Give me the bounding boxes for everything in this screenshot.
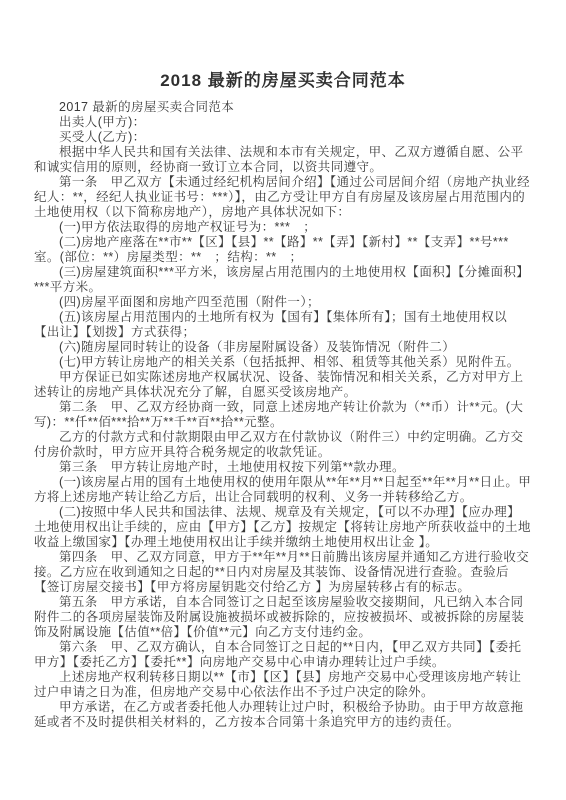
- warranty-paragraph: 甲方保证已如实陈述房地产权属状况、设备、装饰情况和相关关系，乙方对甲方上述转让的…: [34, 370, 532, 400]
- document-title: 2018 最新的房屋买卖合同范本: [34, 66, 532, 91]
- article-5-paragraph: 第五条 甲方承诺，自本合同签订之日起至该房屋验收交接期间，凡已纳入本合同附件二的…: [34, 595, 532, 640]
- transfer-date-paragraph: 上述房地产权利转移日期以**【市】【区】【县】房地产交易中心受理该房地产转让过户…: [34, 670, 532, 700]
- article-1-item-5: (五)该房屋占用范围内的土地所有权为【国有】【集体所有】；国有土地使用权以【出让…: [34, 310, 532, 340]
- article-6-paragraph: 第六条 甲、乙双方确认，自本合同签订之日起的**日内，【甲乙双方共同】【委托甲方…: [34, 640, 532, 670]
- preamble-paragraph: 根据中华人民共和国有关法律、法规和本市有关规定，甲、乙双方遵循自愿、公平和诚实信…: [34, 145, 532, 175]
- buyer-line: 买受人(乙方)：: [34, 130, 532, 145]
- document-subtitle: 2017 最新的房屋买卖合同范本: [34, 100, 532, 115]
- article-1-item-4: (四)房屋平面图和房地产四至范围（附件一）；: [34, 295, 532, 310]
- article-1-item-6: (六)随房屋同时转让的设备（非房屋附属设备）及装饰情况（附件二）: [34, 340, 532, 355]
- assistance-paragraph: 甲方承诺，在乙方或者委托他人办理转让过户时，积极给予协助。由于甲方故意拖延或者不…: [34, 700, 532, 730]
- article-1-item-2: (二)房地产座落在**市**【区】【县】**【路】**【弄】【新村】**【支弄】…: [34, 235, 532, 265]
- article-1-item-1: (一)甲方依法取得的房地产权证号为：*** ；: [34, 220, 532, 235]
- seller-line: 出卖人(甲方)：: [34, 115, 532, 130]
- article-3-paragraph: 第三条 甲方转让房地产时，土地使用权按下列第**款办理。: [34, 460, 532, 475]
- article-1-item-7: (七)甲方转让房地产的相关关系（包括抵押、相邻、租赁等其他关系）见附件五。: [34, 355, 532, 370]
- article-3-item-1: (一)该房屋占用的国有土地使用权的使用年限从**年**月**日起至**年**月*…: [34, 475, 532, 505]
- article-4-paragraph: 第四条 甲、乙双方同意，甲方于**年**月**日前腾出该房屋并通知乙方进行验收交…: [34, 550, 532, 595]
- payment-paragraph: 乙方的付款方式和付款期限由甲乙双方在付款协议（附件三）中约定明确。乙方交付房价款…: [34, 430, 532, 460]
- article-2-paragraph: 第二条 甲、乙双方经协商一致，同意上述房地产转让价款为（**币）计**元。(大写…: [34, 400, 532, 430]
- contract-document: 2018 最新的房屋买卖合同范本 2017 最新的房屋买卖合同范本 出卖人(甲方…: [0, 0, 566, 800]
- article-1-paragraph: 第一条 甲乙双方【未通过经纪机构居间介绍】【通过公司居间介绍（房地产执业经纪人：…: [34, 175, 532, 220]
- document-body: 2017 最新的房屋买卖合同范本 出卖人(甲方)： 买受人(乙方)： 根据中华人…: [34, 100, 532, 730]
- article-3-item-2: (二)按照中华人民共和国法律、法规、规章及有关规定，【可以不办理】【应办理】土地…: [34, 505, 532, 550]
- article-1-item-3: (三)房屋建筑面积***平方米，该房屋占用范围内的土地使用权【面积】【分摊面积】…: [34, 265, 532, 295]
